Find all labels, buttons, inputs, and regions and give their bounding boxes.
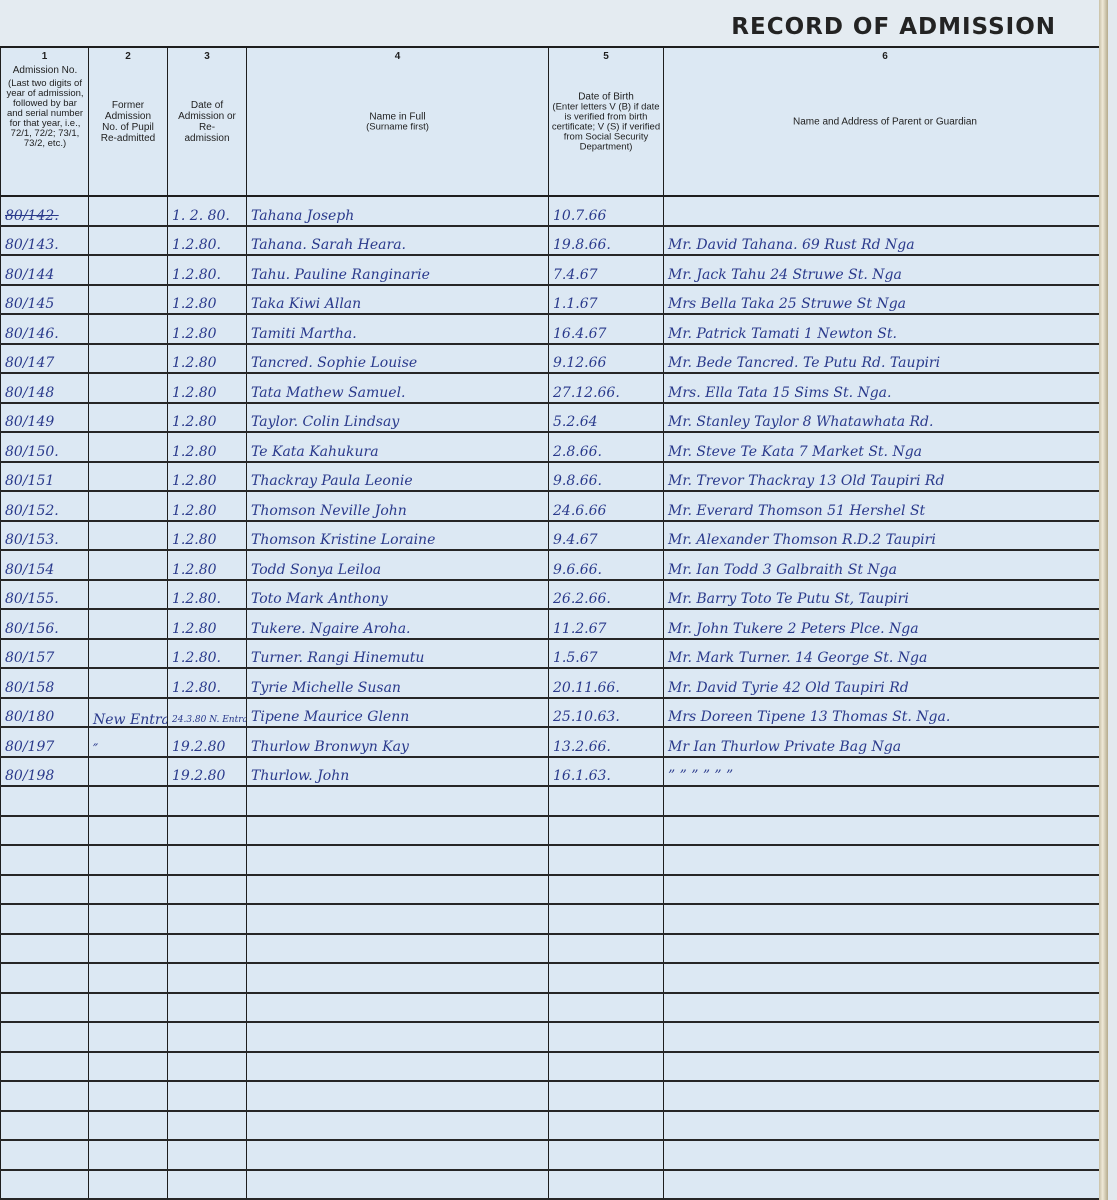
date-of-admission-cell: 19.2.80 — [168, 727, 247, 757]
admission-no-cell: 80/151 — [1, 462, 89, 492]
empty-cell — [247, 963, 549, 993]
empty-cell — [247, 845, 549, 875]
empty-cell — [664, 1081, 1107, 1111]
parent-guardian-cell: Mr. Stanley Taylor 8 Whatawhata Rd. — [664, 403, 1107, 433]
empty-cell — [664, 786, 1107, 816]
empty-table-row — [1, 1052, 1107, 1082]
table-row: 80/1471.2.80Tancred. Sophie Louise9.12.6… — [1, 344, 1107, 374]
date-of-birth-cell: 2.8.66. — [549, 432, 664, 462]
name-cell: Thurlow. John — [247, 757, 549, 787]
empty-cell — [168, 1170, 247, 1200]
parent-guardian-cell: Mr. Mark Turner. 14 George St. Nga — [664, 639, 1107, 669]
parent-guardian-cell: Mr. David Tahana. 69 Rust Rd Nga — [664, 226, 1107, 256]
table-row: 80/1571.2.80.Turner. Rangi Hinemutu1.5.6… — [1, 639, 1107, 669]
date-of-admission-cell: 1.2.80. — [168, 226, 247, 256]
name-cell: Taylor. Colin Lindsay — [247, 403, 549, 433]
admission-no-cell: 80/154 — [1, 550, 89, 580]
name-cell: Tipene Maurice Glenn — [247, 698, 549, 728]
date-of-admission-cell: 1.2.80 — [168, 432, 247, 462]
empty-cell — [549, 1140, 664, 1170]
parent-guardian-cell: Mr. Everard Thomson 51 Hershel St — [664, 491, 1107, 521]
empty-cell — [89, 786, 168, 816]
empty-cell — [89, 1170, 168, 1200]
empty-cell — [89, 1052, 168, 1082]
table-row: 80/1451.2.80Taka Kiwi Allan1.1.67Mrs Bel… — [1, 285, 1107, 315]
date-of-birth-cell: 9.4.67 — [549, 521, 664, 551]
parent-guardian-cell: Mr. Barry Toto Te Putu St, Taupiri — [664, 580, 1107, 610]
table-row: 80/155.1.2.80.Toto Mark Anthony26.2.66.M… — [1, 580, 1107, 610]
parent-guardian-cell: Mrs Doreen Tipene 13 Thomas St. Nga. — [664, 698, 1107, 728]
admission-no-cell: 80/157 — [1, 639, 89, 669]
empty-cell — [89, 934, 168, 964]
former-admission-no-cell — [89, 226, 168, 256]
date-of-admission-cell: 1.2.80 — [168, 373, 247, 403]
empty-table-row — [1, 1081, 1107, 1111]
empty-cell — [549, 1022, 664, 1052]
empty-cell — [1, 1022, 89, 1052]
parent-guardian-cell: Mr. Jack Tahu 24 Struwe St. Nga — [664, 255, 1107, 285]
empty-cell — [247, 1052, 549, 1082]
empty-cell — [549, 963, 664, 993]
header-date-of-admission: 3 Date of Admission or Re-admission — [168, 47, 247, 196]
empty-cell — [1, 1140, 89, 1170]
empty-cell — [549, 1170, 664, 1200]
empty-cell — [247, 786, 549, 816]
empty-cell — [664, 875, 1107, 905]
empty-cell — [1, 904, 89, 934]
name-cell: Tancred. Sophie Louise — [247, 344, 549, 374]
page-title: RECORD OF ADMISSION — [731, 14, 1056, 40]
table-row: 80/1511.2.80Thackray Paula Leonie9.8.66.… — [1, 462, 1107, 492]
empty-cell — [664, 904, 1107, 934]
former-admission-no-cell — [89, 373, 168, 403]
former-admission-no-cell — [89, 757, 168, 787]
date-of-admission-cell: 19.2.80 — [168, 757, 247, 787]
table-row: 80/1581.2.80.Tyrie Michelle Susan20.11.6… — [1, 668, 1107, 698]
parent-guardian-cell: Mr. Alexander Thomson R.D.2 Taupiri — [664, 521, 1107, 551]
empty-table-row — [1, 875, 1107, 905]
date-of-birth-cell: 16.1.63. — [549, 757, 664, 787]
date-of-admission-cell: 1.2.80. — [168, 580, 247, 610]
empty-cell — [247, 1111, 549, 1141]
admission-no-cell: 80/152. — [1, 491, 89, 521]
admission-no-cell: 80/148 — [1, 373, 89, 403]
empty-cell — [664, 963, 1107, 993]
empty-table-row — [1, 845, 1107, 875]
empty-cell — [168, 993, 247, 1023]
empty-cell — [1, 963, 89, 993]
empty-table-row — [1, 993, 1107, 1023]
empty-table-row — [1, 786, 1107, 816]
admission-no-cell: 80/153. — [1, 521, 89, 551]
table-row: 80/146.1.2.80Tamiti Martha.16.4.67Mr. Pa… — [1, 314, 1107, 344]
empty-table-row — [1, 1140, 1107, 1170]
former-admission-no-cell — [89, 403, 168, 433]
empty-cell — [1, 875, 89, 905]
empty-cell — [89, 816, 168, 846]
name-cell: Tahana Joseph — [247, 196, 549, 226]
empty-table-row — [1, 904, 1107, 934]
header-former-admission-no: 2 Former Admission No. of Pupil Re-admit… — [89, 47, 168, 196]
date-of-birth-cell: 24.6.66 — [549, 491, 664, 521]
former-admission-no-cell — [89, 285, 168, 315]
name-cell: Thackray Paula Leonie — [247, 462, 549, 492]
empty-cell — [247, 875, 549, 905]
empty-cell — [664, 993, 1107, 1023]
empty-cell — [247, 1022, 549, 1052]
header-row: 1 Admission No. (Last two digits of year… — [1, 47, 1107, 196]
parent-guardian-cell: Mr. Trevor Thackray 13 Old Taupiri Rd — [664, 462, 1107, 492]
empty-cell — [1, 1052, 89, 1082]
empty-cell — [89, 1081, 168, 1111]
name-cell: Toto Mark Anthony — [247, 580, 549, 610]
empty-cell — [664, 845, 1107, 875]
header-date-of-birth: 5 Date of Birth (Enter letters V (B) if … — [549, 47, 664, 196]
empty-table-row — [1, 963, 1107, 993]
admission-no-cell: 80/156. — [1, 609, 89, 639]
parent-guardian-cell: Mr. Steve Te Kata 7 Market St. Nga — [664, 432, 1107, 462]
empty-cell — [1, 816, 89, 846]
former-admission-no-cell: ″ — [89, 727, 168, 757]
date-of-birth-cell: 20.11.66. — [549, 668, 664, 698]
empty-cell — [247, 1170, 549, 1200]
date-of-admission-cell: 1.2.80 — [168, 314, 247, 344]
empty-cell — [549, 786, 664, 816]
name-cell: Todd Sonya Leiloa — [247, 550, 549, 580]
empty-cell — [1, 1111, 89, 1141]
empty-cell — [1, 1081, 89, 1111]
name-cell: Thurlow Bronwyn Kay — [247, 727, 549, 757]
date-of-admission-cell: 1.2.80 — [168, 403, 247, 433]
empty-cell — [1, 993, 89, 1023]
table-row: 80/150.1.2.80Te Kata Kahukura2.8.66.Mr. … — [1, 432, 1107, 462]
empty-cell — [549, 934, 664, 964]
register-body: 80/142.1. 2. 80.Tahana Joseph10.7.6680/1… — [1, 196, 1107, 1199]
former-admission-no-cell — [89, 491, 168, 521]
table-row: 80/1541.2.80Todd Sonya Leiloa9.6.66.Mr. … — [1, 550, 1107, 580]
date-of-birth-cell: 11.2.67 — [549, 609, 664, 639]
parent-guardian-cell: Mr. Bede Tancred. Te Putu Rd. Taupiri — [664, 344, 1107, 374]
name-cell: Turner. Rangi Hinemutu — [247, 639, 549, 669]
empty-cell — [168, 786, 247, 816]
parent-guardian-cell — [664, 196, 1107, 226]
empty-cell — [549, 1111, 664, 1141]
empty-cell — [89, 845, 168, 875]
empty-cell — [664, 1140, 1107, 1170]
admission-register-table: 1 Admission No. (Last two digits of year… — [0, 46, 1107, 1200]
empty-cell — [664, 1052, 1107, 1082]
empty-cell — [89, 1111, 168, 1141]
date-of-admission-cell: 1.2.80. — [168, 255, 247, 285]
former-admission-no-cell — [89, 255, 168, 285]
empty-cell — [168, 904, 247, 934]
empty-cell — [664, 934, 1107, 964]
empty-cell — [168, 1140, 247, 1170]
empty-cell — [89, 993, 168, 1023]
empty-table-row — [1, 816, 1107, 846]
empty-cell — [89, 904, 168, 934]
former-admission-no-cell — [89, 196, 168, 226]
empty-cell — [168, 1111, 247, 1141]
date-of-birth-cell: 5.2.64 — [549, 403, 664, 433]
empty-cell — [168, 816, 247, 846]
former-admission-no-cell — [89, 521, 168, 551]
date-of-birth-cell: 9.6.66. — [549, 550, 664, 580]
admission-no-cell: 80/147 — [1, 344, 89, 374]
name-cell: Taka Kiwi Allan — [247, 285, 549, 315]
empty-cell — [168, 875, 247, 905]
date-of-admission-cell: 1.2.80 — [168, 491, 247, 521]
date-of-admission-cell: 1.2.80 — [168, 521, 247, 551]
parent-guardian-cell: Mrs. Ella Tata 15 Sims St. Nga. — [664, 373, 1107, 403]
empty-cell — [168, 845, 247, 875]
admission-no-cell: 80/144 — [1, 255, 89, 285]
empty-cell — [247, 993, 549, 1023]
empty-cell — [664, 1111, 1107, 1141]
empty-cell — [247, 904, 549, 934]
date-of-birth-cell: 9.12.66 — [549, 344, 664, 374]
admission-no-cell: 80/150. — [1, 432, 89, 462]
empty-cell — [247, 934, 549, 964]
admission-no-cell: 80/145 — [1, 285, 89, 315]
empty-cell — [549, 1081, 664, 1111]
admission-no-cell: 80/158 — [1, 668, 89, 698]
empty-cell — [89, 1140, 168, 1170]
empty-cell — [549, 875, 664, 905]
empty-cell — [1, 1170, 89, 1200]
admission-no-cell: 80/149 — [1, 403, 89, 433]
table-row: 80/180New Entrant24.3.80 N. EntrantTipen… — [1, 698, 1107, 728]
admission-no-cell: 80/142. — [1, 196, 89, 226]
name-cell: Tamiti Martha. — [247, 314, 549, 344]
name-cell: Thomson Neville John — [247, 491, 549, 521]
former-admission-no-cell — [89, 609, 168, 639]
table-row: 80/143.1.2.80.Tahana. Sarah Heara.19.8.6… — [1, 226, 1107, 256]
empty-cell — [89, 875, 168, 905]
former-admission-no-cell: New Entrant — [89, 698, 168, 728]
empty-cell — [247, 816, 549, 846]
date-of-birth-cell: 1.1.67 — [549, 285, 664, 315]
header-name-in-full: 4 Name in Full (Surname first) — [247, 47, 549, 196]
parent-guardian-cell: Mr Ian Thurlow Private Bag Nga — [664, 727, 1107, 757]
former-admission-no-cell — [89, 550, 168, 580]
empty-cell — [664, 1022, 1107, 1052]
empty-cell — [247, 1140, 549, 1170]
table-row: 80/152.1.2.80Thomson Neville John24.6.66… — [1, 491, 1107, 521]
empty-cell — [1, 845, 89, 875]
register-page: RECORD OF ADMISSION 1 Admission No. (Las… — [0, 0, 1108, 1200]
empty-cell — [664, 816, 1107, 846]
date-of-admission-cell: 1.2.80 — [168, 462, 247, 492]
header-parent-guardian: 6 Name and Address of Parent or Guardian — [664, 47, 1107, 196]
empty-table-row — [1, 934, 1107, 964]
date-of-birth-cell: 16.4.67 — [549, 314, 664, 344]
former-admission-no-cell — [89, 668, 168, 698]
admission-no-cell: 80/143. — [1, 226, 89, 256]
table-row: 80/1441.2.80.Tahu. Pauline Ranginarie7.4… — [1, 255, 1107, 285]
date-of-birth-cell: 10.7.66 — [549, 196, 664, 226]
admission-no-cell: 80/198 — [1, 757, 89, 787]
empty-table-row — [1, 1022, 1107, 1052]
date-of-birth-cell: 7.4.67 — [549, 255, 664, 285]
empty-cell — [168, 934, 247, 964]
parent-guardian-cell: Mr. John Tukere 2 Peters Plce. Nga — [664, 609, 1107, 639]
empty-cell — [89, 1022, 168, 1052]
name-cell: Tyrie Michelle Susan — [247, 668, 549, 698]
table-row: 80/1481.2.80Tata Mathew Samuel.27.12.66.… — [1, 373, 1107, 403]
date-of-admission-cell: 1.2.80. — [168, 639, 247, 669]
date-of-admission-cell: 1.2.80. — [168, 668, 247, 698]
empty-cell — [549, 993, 664, 1023]
parent-guardian-cell: Mr. Patrick Tamati 1 Newton St. — [664, 314, 1107, 344]
date-of-admission-cell: 1.2.80 — [168, 550, 247, 580]
admission-no-cell: 80/155. — [1, 580, 89, 610]
table-row: 80/153.1.2.80Thomson Kristine Loraine9.4… — [1, 521, 1107, 551]
empty-table-row — [1, 1111, 1107, 1141]
date-of-birth-cell: 1.5.67 — [549, 639, 664, 669]
empty-cell — [168, 1052, 247, 1082]
empty-cell — [549, 904, 664, 934]
former-admission-no-cell — [89, 314, 168, 344]
admission-no-cell: 80/180 — [1, 698, 89, 728]
date-of-birth-cell: 25.10.63. — [549, 698, 664, 728]
empty-cell — [168, 963, 247, 993]
name-cell: Thomson Kristine Loraine — [247, 521, 549, 551]
empty-cell — [549, 845, 664, 875]
former-admission-no-cell — [89, 639, 168, 669]
empty-cell — [549, 1052, 664, 1082]
date-of-birth-cell: 13.2.66. — [549, 727, 664, 757]
empty-cell — [247, 1081, 549, 1111]
admission-no-cell: 80/146. — [1, 314, 89, 344]
date-of-admission-cell: 1.2.80 — [168, 609, 247, 639]
name-cell: Tata Mathew Samuel. — [247, 373, 549, 403]
table-row: 80/197″19.2.80Thurlow Bronwyn Kay13.2.66… — [1, 727, 1107, 757]
book-binding-edge — [1099, 0, 1108, 1200]
date-of-birth-cell: 27.12.66. — [549, 373, 664, 403]
parent-guardian-cell: Mr. David Tyrie 42 Old Taupiri Rd — [664, 668, 1107, 698]
empty-cell — [89, 963, 168, 993]
date-of-admission-cell: 1.2.80 — [168, 285, 247, 315]
former-admission-no-cell — [89, 432, 168, 462]
date-of-birth-cell: 19.8.66. — [549, 226, 664, 256]
date-of-admission-cell: 24.3.80 N. Entrant — [168, 698, 247, 728]
name-cell: Tahu. Pauline Ranginarie — [247, 255, 549, 285]
table-row: 80/19819.2.80Thurlow. John16.1.63.” ” ” … — [1, 757, 1107, 787]
name-cell: Tukere. Ngaire Aroha. — [247, 609, 549, 639]
former-admission-no-cell — [89, 580, 168, 610]
table-row: 80/156.1.2.80Tukere. Ngaire Aroha.11.2.6… — [1, 609, 1107, 639]
name-cell: Tahana. Sarah Heara. — [247, 226, 549, 256]
parent-guardian-cell: ” ” ” ” ” ” — [664, 757, 1107, 787]
date-of-admission-cell: 1.2.80 — [168, 344, 247, 374]
parent-guardian-cell: Mrs Bella Taka 25 Struwe St Nga — [664, 285, 1107, 315]
empty-cell — [664, 1170, 1107, 1200]
date-of-birth-cell: 9.8.66. — [549, 462, 664, 492]
empty-cell — [549, 816, 664, 846]
name-cell: Te Kata Kahukura — [247, 432, 549, 462]
former-admission-no-cell — [89, 344, 168, 374]
empty-table-row — [1, 1170, 1107, 1200]
empty-cell — [168, 1081, 247, 1111]
date-of-birth-cell: 26.2.66. — [549, 580, 664, 610]
header-admission-no: 1 Admission No. (Last two digits of year… — [1, 47, 89, 196]
admission-no-cell: 80/197 — [1, 727, 89, 757]
date-of-admission-cell: 1. 2. 80. — [168, 196, 247, 226]
empty-cell — [1, 786, 89, 816]
table-row: 80/1491.2.80Taylor. Colin Lindsay5.2.64M… — [1, 403, 1107, 433]
empty-cell — [1, 934, 89, 964]
former-admission-no-cell — [89, 462, 168, 492]
empty-cell — [168, 1022, 247, 1052]
table-row: 80/142.1. 2. 80.Tahana Joseph10.7.66 — [1, 196, 1107, 226]
parent-guardian-cell: Mr. Ian Todd 3 Galbraith St Nga — [664, 550, 1107, 580]
